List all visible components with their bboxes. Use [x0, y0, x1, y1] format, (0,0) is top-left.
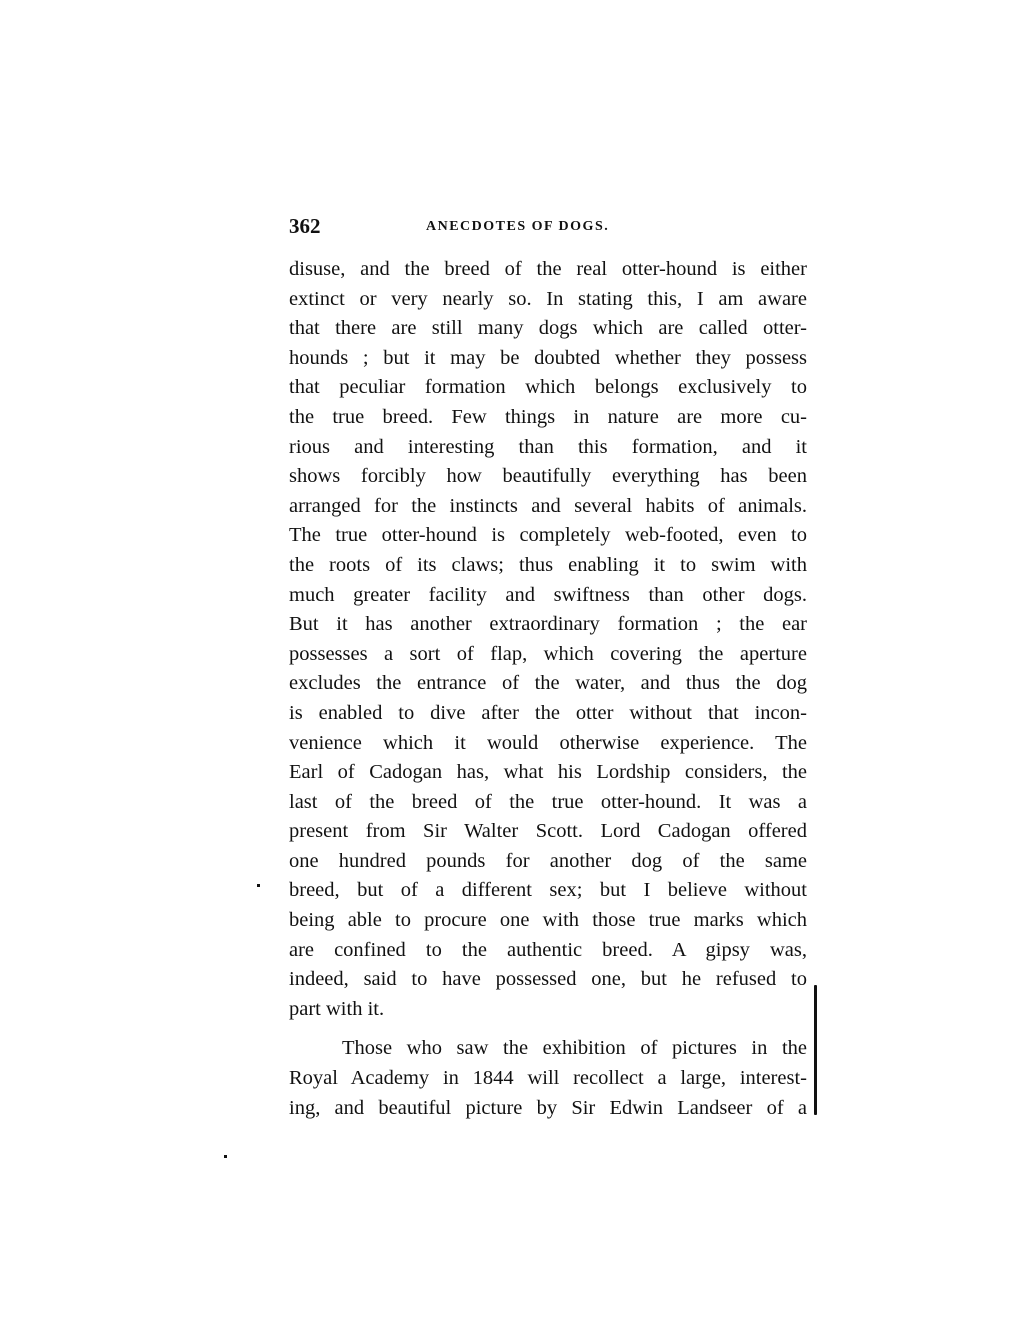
text-line: Earl of Cadogan has, what his Lordship c…	[289, 758, 807, 788]
text-line: The true otter-hound is completely web-f…	[289, 521, 807, 551]
paragraph-2: Those who saw the exhibition of pictures…	[289, 1034, 807, 1123]
text-line: that there are still many dogs which are…	[289, 314, 807, 344]
text-line: is enabled to dive after the otter witho…	[289, 699, 807, 729]
text-line: that peculiar formation which belongs ex…	[289, 373, 807, 403]
paragraph-gap	[289, 1024, 807, 1034]
text-line: rious and interesting than this formatio…	[289, 433, 807, 463]
text-line: shows forcibly how beautifully everythin…	[289, 462, 807, 492]
text-line: But it has another extraordinary formati…	[289, 610, 807, 640]
scan-speck	[257, 884, 260, 887]
text-line: last of the breed of the true otter-houn…	[289, 788, 807, 818]
text-line: venience which it would otherwise experi…	[289, 729, 807, 759]
text-line: Royal Academy in 1844 will recollect a l…	[289, 1064, 807, 1094]
text-line: extinct or very nearly so. In stating th…	[289, 285, 807, 315]
text-line: much greater facility and swiftness than…	[289, 581, 807, 611]
body-text: disuse, and the breed of the real otter-…	[289, 255, 807, 1123]
text-line: breed, but of a different sex; but I bel…	[289, 876, 807, 906]
text-line: indeed, said to have possessed one, but …	[289, 965, 807, 995]
text-line: disuse, and the breed of the real otter-…	[289, 255, 807, 285]
text-line: are confined to the authentic breed. A g…	[289, 936, 807, 966]
scan-edge-mark	[814, 985, 817, 1115]
scan-speck	[224, 1155, 227, 1158]
text-line: excludes the entrance of the water, and …	[289, 669, 807, 699]
paragraph-1: disuse, and the breed of the real otter-…	[289, 255, 807, 1024]
text-line: possesses a sort of flap, which covering…	[289, 640, 807, 670]
text-line: Those who saw the exhibition of pictures…	[289, 1034, 807, 1064]
text-line: the roots of its claws; thus enabling it…	[289, 551, 807, 581]
running-title: ANECDOTES OF DOGS.	[426, 219, 609, 235]
text-line: ing, and beautiful picture by Sir Edwin …	[289, 1094, 807, 1124]
text-line: the true breed. Few things in nature are…	[289, 403, 807, 433]
text-line: hounds ; but it may be doubted whether t…	[289, 344, 807, 374]
text-line: present from Sir Walter Scott. Lord Cado…	[289, 817, 807, 847]
text-line: one hundred pounds for another dog of th…	[289, 847, 807, 877]
page-number: 362	[289, 214, 321, 239]
text-line: being able to procure one with those tru…	[289, 906, 807, 936]
page-header: 362 ANECDOTES OF DOGS.	[289, 214, 809, 242]
text-line: arranged for the instincts and several h…	[289, 492, 807, 522]
text-line: part with it.	[289, 995, 807, 1025]
